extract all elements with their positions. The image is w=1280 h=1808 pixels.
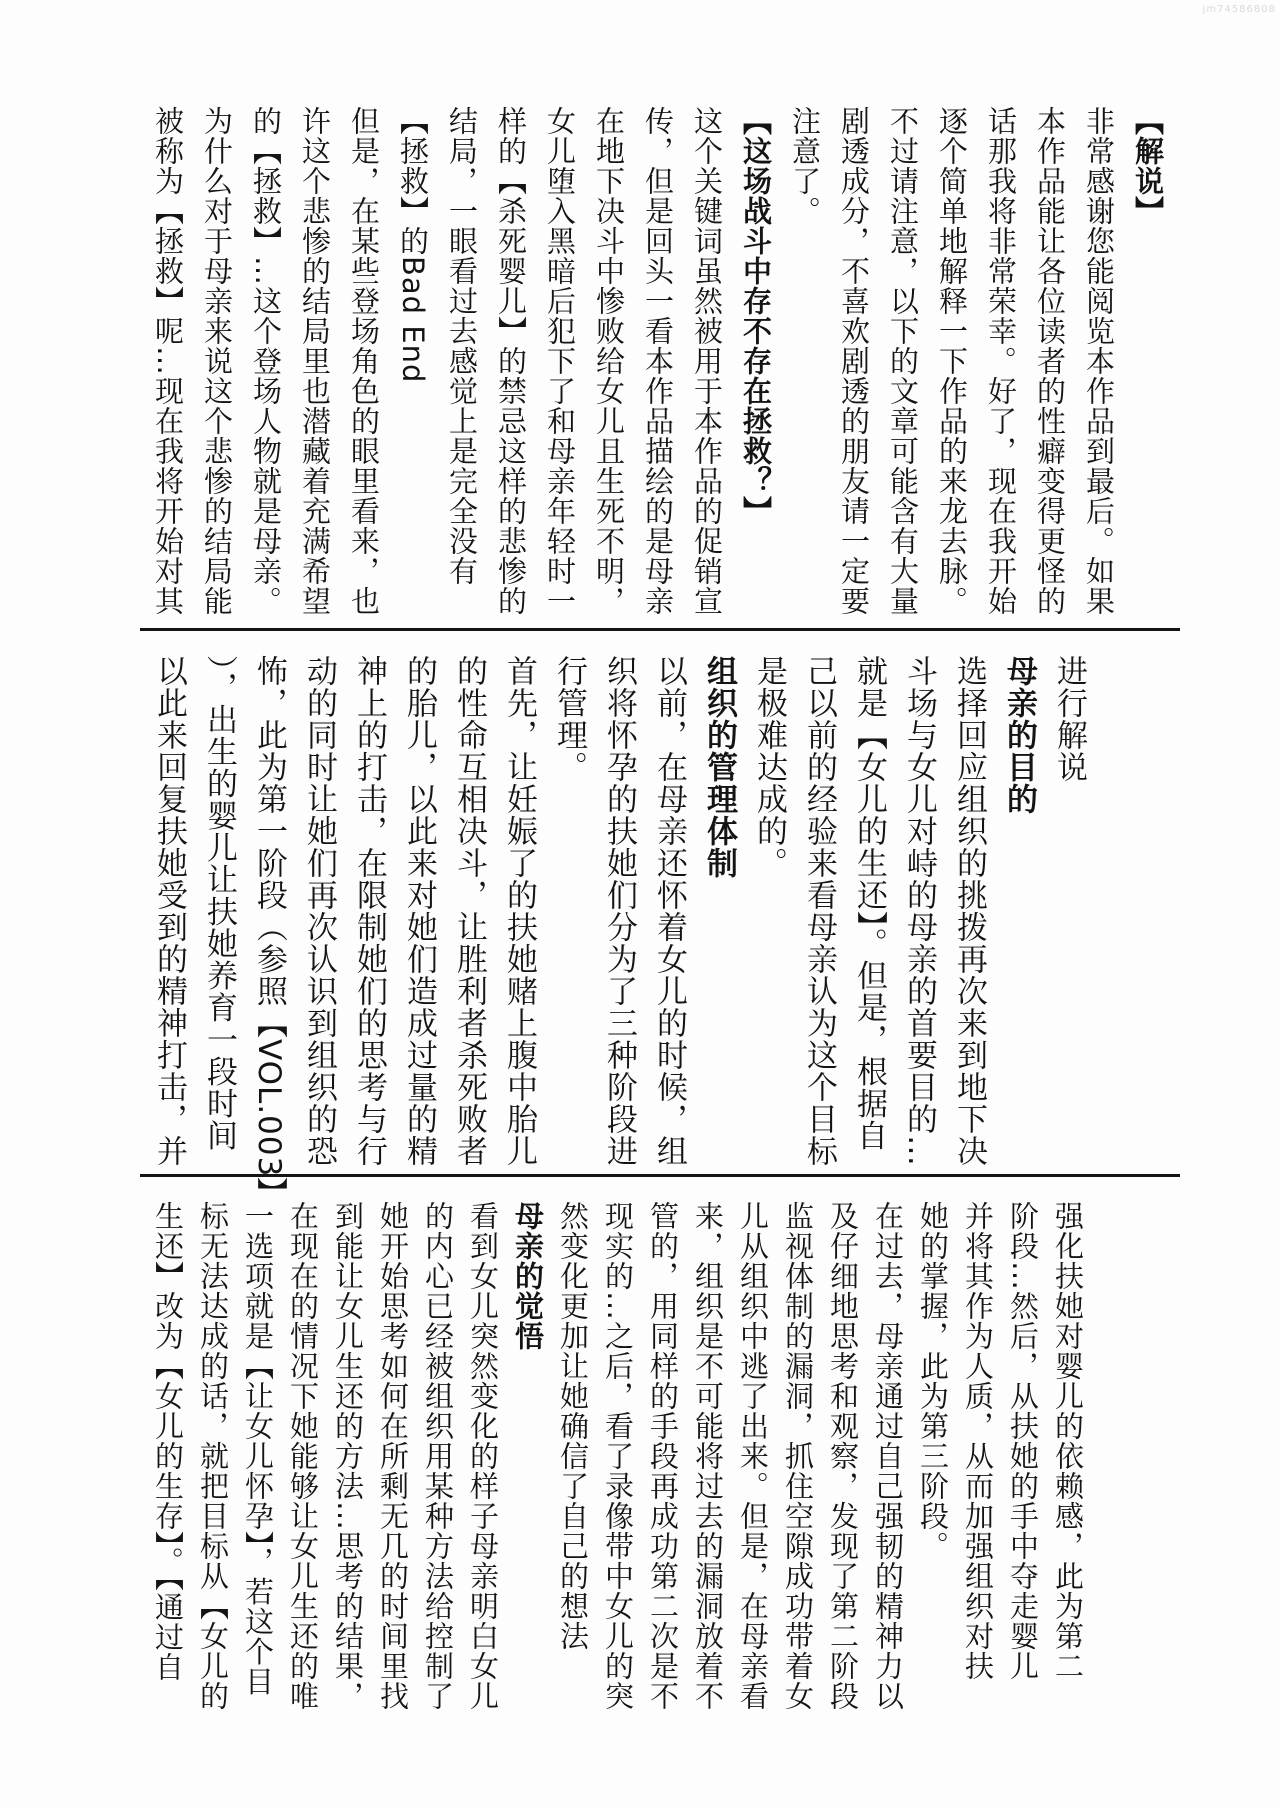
text-column: 是极难达成的。: [744, 655, 794, 1185]
section-mother-resolution: 强化扶她对婴儿的依赖感，此为第二 阶段…然后，从扶她的手中夺走婴儿 并将其作为人…: [145, 1201, 1090, 1726]
text-column: 剧透成分，不喜欢剧透的朋友请一定要: [829, 106, 878, 631]
text-column: 强化扶她对婴儿的依赖感，此为第二: [1045, 1201, 1090, 1726]
text-column: 管的，用同样的手段再成功第二次是不: [640, 1201, 685, 1726]
text-column: 现实的…之后，看了录像带中女儿的突: [595, 1201, 640, 1726]
text-column: 的胎儿，以此来对她们造成过量的精: [394, 655, 444, 1185]
text-column: 传，但是回头一看本作品描绘的是母亲: [633, 106, 682, 631]
text-column: 动的同时让她们再次认识到组织的恐: [294, 655, 344, 1185]
doujin-commentary-page: jm74586808 【解说】 非常感谢您能阅览本作品到最后。如果 本作品能让各…: [0, 0, 1280, 1808]
section-heading: 组织的管理体制: [694, 655, 744, 1185]
watermark: jm74586808: [1203, 4, 1276, 15]
text-column: 结局，一眼看过去感觉上是完全没有: [437, 106, 486, 631]
text-column: 以前，在母亲还怀着女儿的时候，组: [644, 655, 694, 1185]
text-column: 并将其作为人质，从而加强组织对扶: [955, 1201, 1000, 1726]
section-heading: 【这场战斗中存不存在拯救？】: [731, 106, 780, 631]
text-column: 斗场与女儿对峙的母亲的首要目的…: [894, 655, 944, 1185]
text-column: 逐个简单地解释一下作品的来龙去脉。: [927, 106, 976, 631]
text-column: 的性命互相决斗，让胜利者杀死败者: [444, 655, 494, 1185]
text-column: 【拯救】的Bad End: [388, 106, 437, 631]
text-column: 的【拯救】…这个登场人物就是母亲。: [241, 106, 290, 631]
text-column: 来，组织是不可能将过去的漏洞放着不: [685, 1201, 730, 1726]
section-heading: 母亲的目的: [994, 655, 1044, 1185]
text-column: 在现在的情况下她能够让女儿生还的唯: [280, 1201, 325, 1726]
text-column: 然变化更加让她确信了自己的想法: [550, 1201, 595, 1726]
section-divider: [140, 628, 1180, 631]
text-column: 首先，让妊娠了的扶她赌上腹中胎儿: [494, 655, 544, 1185]
text-column: 但是，在某些登场角色的眼里看来，也: [339, 106, 388, 631]
section-commentary-intro: 【解说】 非常感谢您能阅览本作品到最后。如果 本作品能让各位读者的性癖变得更怪的…: [143, 106, 1172, 631]
text-column: 己以前的经验来看母亲认为这个目标: [794, 655, 844, 1185]
section-mother-goal: 进行解说 母亲的目的 选择回应组织的挑拨再次来到地下决 斗场与女儿对峙的母亲的首…: [144, 655, 1094, 1185]
text-column: 织将怀孕的扶她们分为了三种阶段进: [594, 655, 644, 1185]
text-column: 许这个悲惨的结局里也潜藏着充满希望: [290, 106, 339, 631]
text-column: 生还】改为【女儿的生存】。【通过自: [145, 1201, 190, 1726]
text-column: 话那我将非常荣幸。好了，现在我开始: [976, 106, 1025, 631]
text-column: 以此来回复扶她受到的精神打击，并: [144, 655, 194, 1185]
text-column: 为什么对于母亲来说这个悲惨的结局能: [192, 106, 241, 631]
text-column: 怖，此为第一阶段（参照【VOL.003】: [244, 655, 294, 1185]
text-column: 就是【女儿的生还】。但是，根据自: [844, 655, 894, 1185]
text-column: 标无法达成的话，就把目标从【女儿的: [190, 1201, 235, 1726]
text-column: 她的掌握，此为第三阶段。: [910, 1201, 955, 1726]
text-column: 女儿堕入黑暗后犯下了和母亲年轻时一: [535, 106, 584, 631]
text-column: 监视体制的漏洞，抓住空隙成功带着女: [775, 1201, 820, 1726]
text-column: 本作品能让各位读者的性癖变得更怪的: [1025, 106, 1074, 631]
text-column: 样的【杀死婴儿】的禁忌这样的悲惨的: [486, 106, 535, 631]
text-column: 及仔细地思考和观察，发现了第二阶段: [820, 1201, 865, 1726]
text-column: 看到女儿突然变化的样子母亲明白女儿: [460, 1201, 505, 1726]
text-column: 的内心已经被组织用某种方法给控制了: [415, 1201, 460, 1726]
text-column: 到能让女儿生还的方法…思考的结果，: [325, 1201, 370, 1726]
section-heading: 母亲的觉悟: [505, 1201, 550, 1726]
text-column: 一选项就是【让女儿怀孕】，若这个目: [235, 1201, 280, 1726]
text-column: 她开始思考如何在所剩无几的时间里找: [370, 1201, 415, 1726]
text-column: 行管理。: [544, 655, 594, 1185]
text-column: 进行解说: [1044, 655, 1094, 1185]
text-column: 儿从组织中逃了出来。但是，在母亲看: [730, 1201, 775, 1726]
text-column: ），出生的婴儿让扶她养育一段时间: [194, 655, 244, 1185]
text-column: 在地下决斗中惨败给女儿且生死不明，: [584, 106, 633, 631]
text-column: 神上的打击，在限制她们的思考与行: [344, 655, 394, 1185]
text-column: 在过去，母亲通过自己强韧的精神力以: [865, 1201, 910, 1726]
text-column: 不过请注意，以下的文章可能含有大量: [878, 106, 927, 631]
text-column: 阶段…然后，从扶她的手中夺走婴儿: [1000, 1201, 1045, 1726]
text-column: 被称为【拯救】呢…现在我将开始对其: [143, 106, 192, 631]
text-column: 选择回应组织的挑拨再次来到地下决: [944, 655, 994, 1185]
section-heading: 【解说】: [1123, 106, 1172, 631]
text-column: 这个关键词虽然被用于本作品的促销宣: [682, 106, 731, 631]
text-column: 注意了。: [780, 106, 829, 631]
section-divider: [140, 1174, 1180, 1177]
text-column: 非常感谢您能阅览本作品到最后。如果: [1074, 106, 1123, 631]
